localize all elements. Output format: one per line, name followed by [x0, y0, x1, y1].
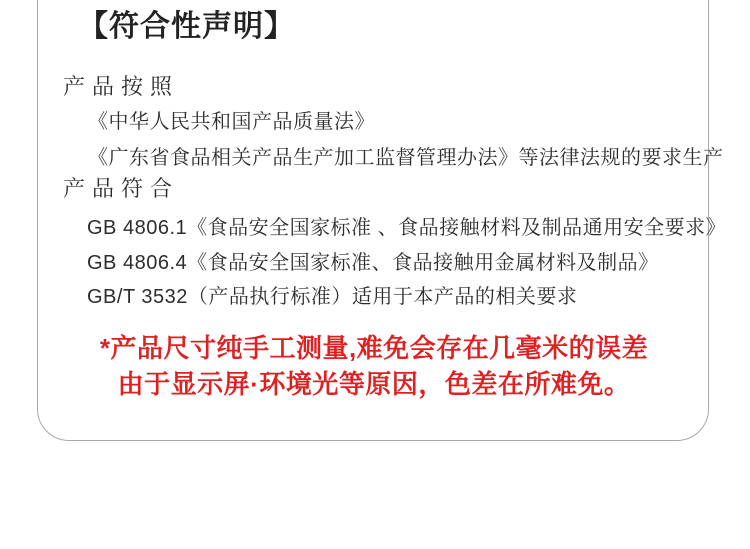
standard-item-gb4806-1: GB 4806.1《食品安全国家标准 、食品接触材料及制品通用安全要求》	[87, 217, 726, 240]
standard-item-gbt3532: GB/T 3532（产品执行标准）适用于本产品的相关要求	[87, 286, 577, 309]
page: 【符合性声明】 产品按照 《中华人民共和国产品质量法》 《广东省食品相关产品生产…	[0, 0, 750, 549]
disclaimer-line-color-difference: 由于显示屏·环境光等原因，色差在所难免。	[37, 366, 711, 402]
regulation-item-guangdong-measures: 《广东省食品相关产品生产加工监督管理办法》等法律法规的要求生产	[88, 147, 724, 170]
section-heading-production-basis: 产品按照	[63, 75, 179, 99]
section-heading-product-complies: 产品符合	[63, 177, 179, 201]
declaration-title: 【符合性声明】	[78, 10, 295, 43]
disclaimer-text: *产品尺寸纯手工测量,难免会存在几毫米的误差 由于显示屏·环境光等原因，色差在所…	[37, 330, 711, 402]
regulation-item-product-quality-law: 《中华人民共和国产品质量法》	[88, 111, 375, 134]
disclaimer-line-measurement: *产品尺寸纯手工测量,难免会存在几毫米的误差	[37, 330, 711, 366]
standard-item-gb4806-4: GB 4806.4《食品安全国家标准、食品接触用金属材料及制品》	[87, 252, 659, 275]
